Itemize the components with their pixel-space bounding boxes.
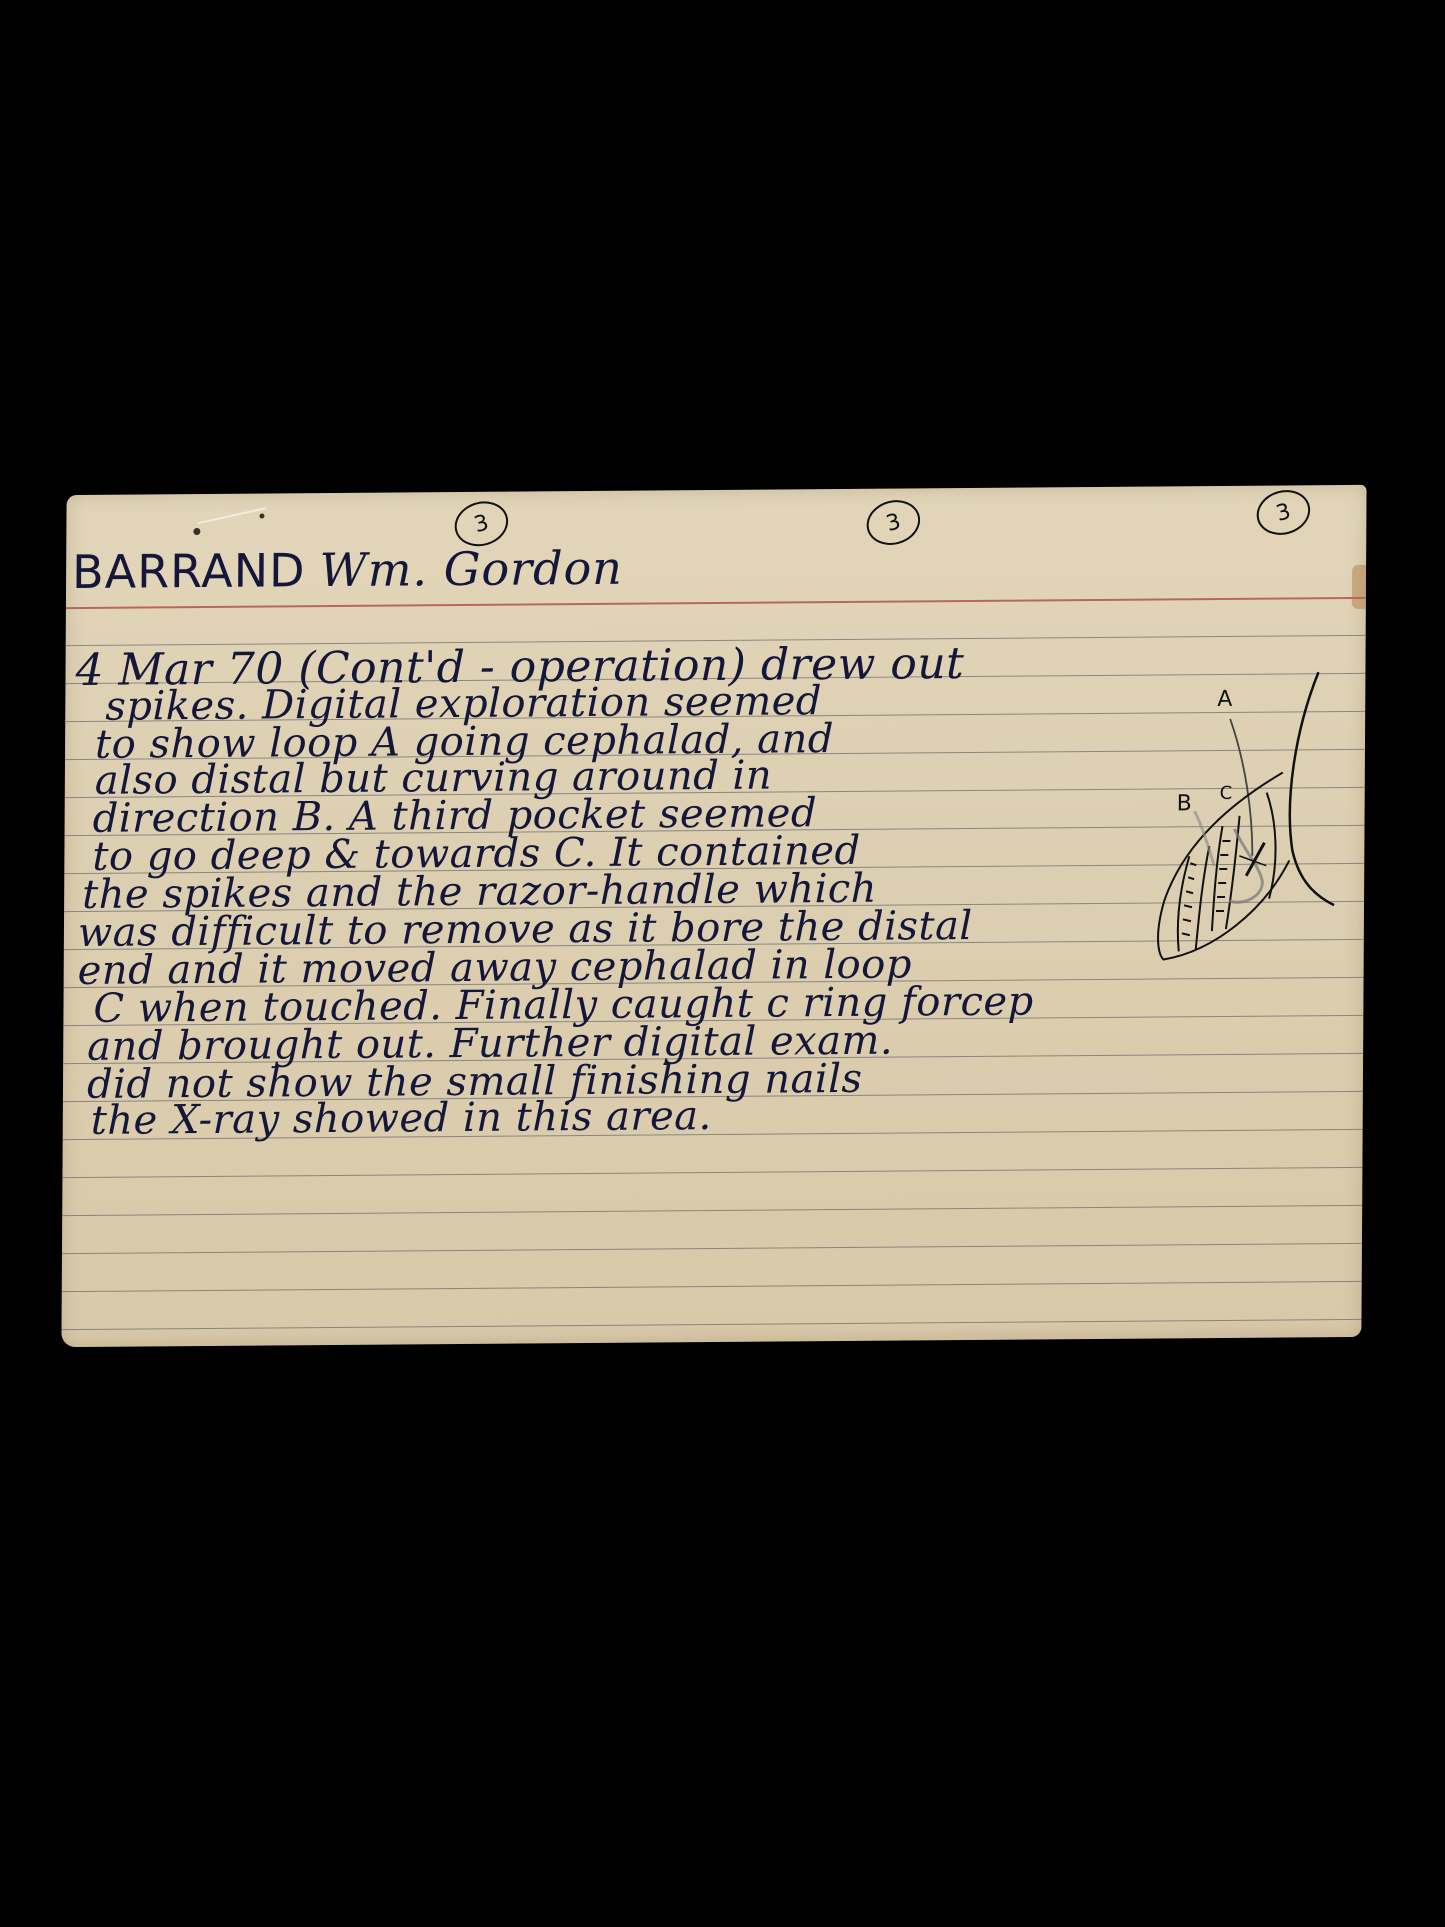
patient-name-heading: BARRANDWm. Gordon: [72, 541, 623, 599]
anatomical-sketch: A B C: [1134, 650, 1356, 982]
page-number: 3: [1273, 499, 1293, 527]
staple-hole: [259, 514, 264, 519]
index-card: 3 3 3 BARRANDWm. Gordon 4 Mar 70 (Cont'd…: [61, 485, 1366, 1347]
red-margin-line: [66, 597, 1366, 609]
sketch-label-b: B: [1177, 791, 1192, 816]
note-line: the X-ray showed in this area.: [91, 1096, 712, 1141]
given-name: Wm. Gordon: [319, 541, 623, 597]
surname: BARRAND: [72, 543, 306, 599]
ruled-line: [62, 1281, 1362, 1293]
page-number-circle: 3: [862, 494, 925, 551]
ruled-line: [62, 1167, 1362, 1179]
staple-hole: [193, 528, 200, 535]
page-number-circle: 3: [1252, 485, 1315, 541]
staple-mark: [197, 507, 266, 524]
ruled-line: [62, 1319, 1362, 1331]
page-number: 3: [471, 510, 491, 538]
sketch-label-c: C: [1220, 783, 1233, 804]
age-stain: [1352, 565, 1366, 609]
sketch-label-a: A: [1217, 687, 1232, 712]
ruled-line: [62, 1243, 1362, 1255]
page-number: 3: [883, 509, 903, 537]
ruled-line: [62, 1205, 1362, 1217]
loop-diagram-icon: [1134, 650, 1356, 982]
